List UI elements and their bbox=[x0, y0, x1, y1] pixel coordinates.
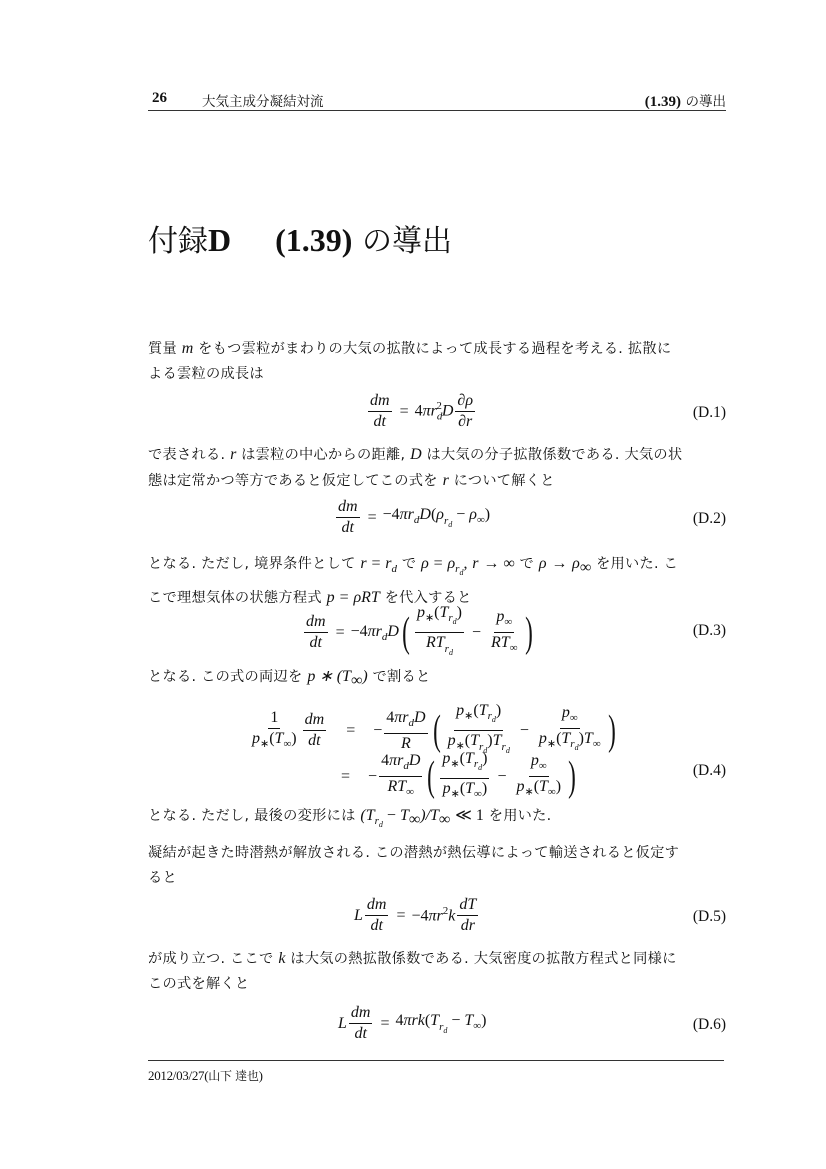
book-title: 大気主成分凝結対流 bbox=[202, 90, 324, 110]
paragraph-1: 質量 m をもつ雲粒がまわりの大気の拡散によって成長する過程を考える. 拡散に … bbox=[148, 336, 728, 387]
equation-d2: dmdt = −4πrdD(ρrd − ρ∞) (D.2) bbox=[148, 498, 726, 544]
paragraph-4: となる. この式の両辺を p ∗ (T∞) で割ると bbox=[148, 664, 728, 693]
paragraph-2: で表される. r は雲粒の中心からの距離, D は大気の分子拡散係数である. 大… bbox=[148, 442, 728, 494]
equation-d5: L dmdt = −4πr2k dTdr (D.5) bbox=[148, 896, 726, 942]
appendix-title-text: の導出 bbox=[362, 224, 452, 259]
page-footer: 2012/03/27(山下 達也) bbox=[148, 1060, 724, 1061]
equation-d4: 1p∗(T∞) dmdt = − 4πrdDR ( p∗(Trd)p∗(Trd)… bbox=[148, 702, 726, 802]
equation-d1: dmdt = 4πrd2D ∂ρ∂r (D.1) bbox=[148, 392, 726, 438]
equation-label: (D.6) bbox=[693, 1016, 726, 1034]
equation-d3: dmdt = −4πrdD ( p∗(Trd)RTrd − p∞RT∞ ) (D… bbox=[148, 604, 726, 660]
paragraph-3: となる. ただし, 境界条件として r = rd で ρ = ρrd, r → … bbox=[148, 551, 728, 611]
equation-label: (D.2) bbox=[693, 510, 726, 528]
equation-label: (D.1) bbox=[693, 404, 726, 422]
document-page: 26 大気主成分凝結対流 (1.39) の導出 付録D(1.39) の導出 質量… bbox=[0, 0, 826, 1169]
equation-d6: L dmdt = 4πrk(Trd − T∞) (D.6) bbox=[148, 1004, 726, 1050]
running-header: 26 大気主成分凝結対流 (1.39) の導出 bbox=[148, 88, 726, 111]
equation-label: (D.4) bbox=[693, 762, 726, 780]
page-number: 26 bbox=[152, 90, 167, 107]
equation-label: (D.3) bbox=[693, 622, 726, 640]
footer-date-author: 2012/03/27(山下 達也) bbox=[148, 1067, 263, 1084]
running-section-title: (1.39) の導出 bbox=[645, 90, 726, 111]
paragraph-5: となる. ただし, 最後の変形には (Trd − T∞)/T∞ ≪ 1 を用いた… bbox=[148, 803, 728, 837]
paragraph-7: が成り立つ. ここで k は大気の熱拡散係数である. 大気密度の拡散方程式と同様… bbox=[148, 946, 728, 997]
appendix-prefix: 付録 bbox=[148, 224, 208, 259]
paragraph-6: 凝結が起きた時潜熱が解放される. この潜熱が熱伝導によって輸送されると仮定す る… bbox=[148, 841, 728, 891]
equation-label: (D.5) bbox=[693, 908, 726, 926]
appendix-letter: D bbox=[208, 222, 231, 258]
appendix-equation-ref: (1.39) bbox=[275, 222, 352, 258]
appendix-title: 付録D(1.39) の導出 bbox=[148, 216, 452, 260]
